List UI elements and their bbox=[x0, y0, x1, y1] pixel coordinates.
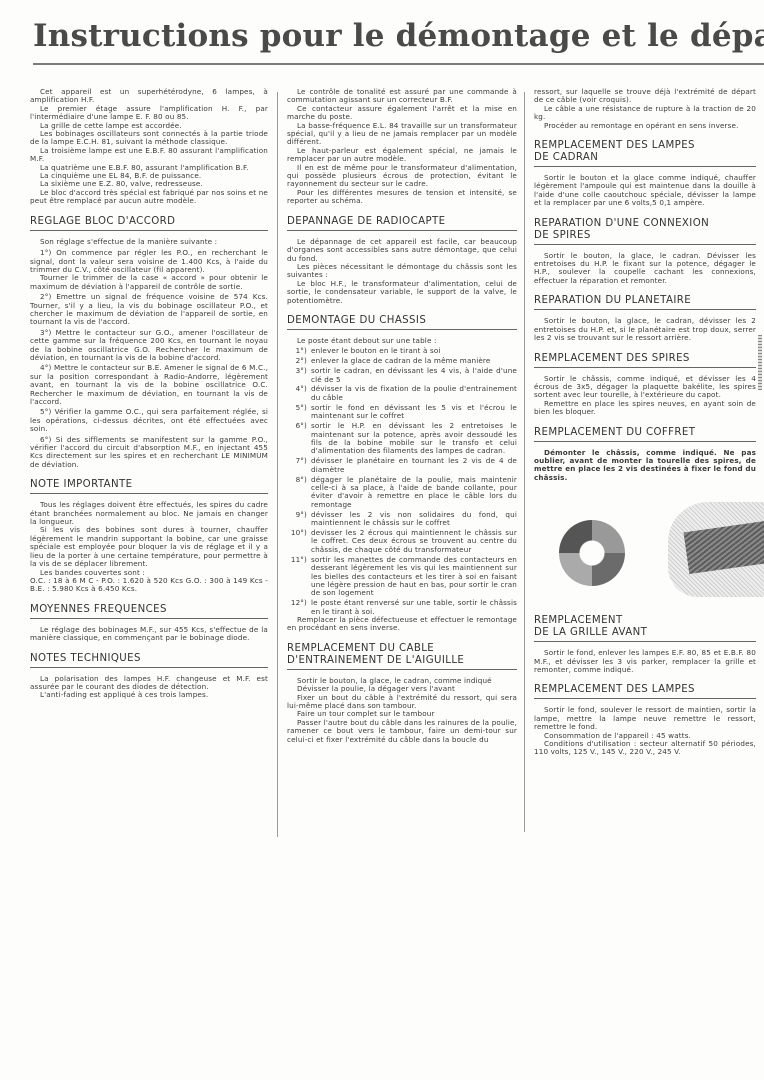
column-2: Le contrôle de tonalité est assuré par u… bbox=[287, 88, 517, 744]
lampes-section: REMPLACEMENT DES LAMPES Sortir le fond, … bbox=[534, 684, 756, 756]
paragraph: Le premier étage assure l'amplification … bbox=[30, 105, 268, 122]
heading-line: REMPLACEMENT DES LAMPES bbox=[534, 140, 695, 151]
heading-line: REMPLACEMENT DU CABLE bbox=[287, 643, 434, 654]
section-heading: REGLAGE BLOC D'ACCORD bbox=[30, 216, 268, 231]
step-item: 3°)sortir le cadran, en dévissant les 4 … bbox=[287, 367, 517, 384]
section-heading: DEPANNAGE DE RADIOCAPTE bbox=[287, 216, 517, 231]
paragraph: Ce contacteur assure également l'arrêt e… bbox=[287, 105, 517, 122]
paragraph: 5°) Vérifier la gamme O.C., qui sera par… bbox=[30, 408, 268, 433]
bands-list: O.C. : 18 à 6 M C - P.O. : 1.620 à 520 K… bbox=[30, 577, 268, 594]
paragraph: Le câble a une résistance de rupture à l… bbox=[534, 105, 756, 122]
step-item: 12°)le poste étant renversé sur une tabl… bbox=[287, 599, 517, 616]
section-heading: NOTES TECHNIQUES bbox=[30, 653, 268, 668]
paragraph: La troisième lampe est une E.B.F. 80 ass… bbox=[30, 147, 268, 164]
paragraph: Les bobinages oscillateurs sont connecté… bbox=[30, 130, 268, 147]
paragraph: Sortir le fond, enlever les lampes E.F. … bbox=[534, 649, 756, 674]
paragraph: Le bloc d'accord très spécial est fabriq… bbox=[30, 189, 268, 206]
step-item: 2°)enlever la glace de cadran de la même… bbox=[287, 357, 517, 365]
section-heading: MOYENNES FREQUENCES bbox=[30, 604, 268, 619]
paragraph: Fixer un bout du câble à l'extrémité du … bbox=[287, 694, 517, 711]
page-title: Instructions pour le démontage et le dép… bbox=[33, 18, 764, 54]
column-3: ressort, sur laquelle se trouve déjà l'e… bbox=[534, 88, 756, 757]
lampes-cadran-section: REMPLACEMENT DES LAMPES DE CADRAN Sortir… bbox=[534, 140, 756, 208]
heading-line: DE CADRAN bbox=[534, 152, 598, 163]
heading-line: REPARATION D'UNE CONNEXION bbox=[534, 218, 709, 229]
notes-tech-section: NOTES TECHNIQUES La polarisation des lam… bbox=[30, 653, 268, 700]
step-text: dévisser le planétaire en tournant les 2… bbox=[311, 457, 517, 474]
column-divider bbox=[524, 92, 525, 832]
paragraph: Sortir le châssis, comme indiqué, et dév… bbox=[534, 375, 756, 400]
demontage-section: DEMONTAGE DU CHASSIS Le poste étant debo… bbox=[287, 315, 517, 633]
step-number: 8°) bbox=[287, 476, 311, 510]
step-item: 7°)dévisser le planétaire en tournant le… bbox=[287, 457, 517, 474]
paragraph: L'anti-fading est appliqué à ces trois l… bbox=[30, 691, 268, 699]
paragraph: Sortir le bouton, la glace, le cadran, d… bbox=[534, 317, 756, 342]
section-heading: REMPLACEMENT DU COFFRET bbox=[534, 427, 756, 442]
connexion-section: REPARATION D'UNE CONNEXION DE SPIRES Sor… bbox=[534, 218, 756, 286]
step-text: le poste étant renversé sur une table, s… bbox=[311, 599, 517, 616]
paragraph: Cet appareil est un superhétérodyne, 6 l… bbox=[30, 88, 268, 105]
paragraph: Le dépannage de cet appareil est facile,… bbox=[287, 238, 517, 263]
mf-section: MOYENNES FREQUENCES Le réglage des bobin… bbox=[30, 604, 268, 643]
step-item: 6°)sortir le H.P. en dévissant les 2 ent… bbox=[287, 422, 517, 456]
step-number: 10°) bbox=[287, 529, 311, 554]
section-heading: REMPLACEMENT DES LAMPES DE CADRAN bbox=[534, 140, 756, 167]
step-number: 3°) bbox=[287, 367, 311, 384]
cable-continued: ressort, sur laquelle se trouve déjà l'e… bbox=[534, 88, 756, 130]
step-number: 11°) bbox=[287, 556, 311, 598]
section-heading: NOTE IMPORTANTE bbox=[30, 479, 268, 494]
paragraph: 1°) On commence par régler les P.O., en … bbox=[30, 249, 268, 274]
section-heading: REMPLACEMENT DU CABLE D'ENTRAINEMENT DE … bbox=[287, 643, 517, 670]
step-number: 1°) bbox=[287, 347, 311, 355]
heading-line: DE LA GRILLE AVANT bbox=[534, 627, 647, 638]
heading-line: D'ENTRAINEMENT DE L'AIGUILLE bbox=[287, 655, 464, 666]
step-text: sortir les manettes de commande des cont… bbox=[311, 556, 517, 598]
step-number: 9°) bbox=[287, 511, 311, 528]
steps-intro: Le poste étant debout sur une table : bbox=[287, 337, 517, 345]
scan-edge-mark bbox=[758, 335, 762, 390]
spires-section: REMPLACEMENT DES SPIRES Sortir le châssi… bbox=[534, 353, 756, 417]
paragraph: Le bloc H.F., le transformateur d'alimen… bbox=[287, 280, 517, 305]
step-number: 2°) bbox=[287, 357, 311, 365]
section-heading: DEMONTAGE DU CHASSIS bbox=[287, 315, 517, 330]
note-section: NOTE IMPORTANTE Tous les réglages doiven… bbox=[30, 479, 268, 593]
paragraph: Conditions d'utilisation : secteur alter… bbox=[534, 740, 756, 757]
paragraph: Remettre en place les spires neuves, en … bbox=[534, 400, 756, 417]
radio-set-image bbox=[668, 502, 764, 597]
section-heading: REMPLACEMENT DES LAMPES bbox=[534, 684, 756, 699]
step-text: dégager le planétaire de la poulie, mais… bbox=[311, 476, 517, 510]
paragraph: Le haut-parleur est également spécial, n… bbox=[287, 147, 517, 164]
paragraph: Passer l'autre bout du câble dans les ra… bbox=[287, 719, 517, 744]
paragraph: La polarisation des lampes H.F. changeus… bbox=[30, 675, 268, 692]
paragraph: Son réglage s'effectue de la manière sui… bbox=[30, 238, 268, 246]
step-item: 4°)dévisser la vis de fixation de la pou… bbox=[287, 385, 517, 402]
reglage-section: REGLAGE BLOC D'ACCORD Son réglage s'effe… bbox=[30, 216, 268, 470]
paragraph: Tous les réglages doivent être effectués… bbox=[30, 501, 268, 526]
grille-section: REMPLACEMENT DE LA GRILLE AVANT Sortir l… bbox=[534, 615, 756, 674]
intro-section: Cet appareil est un superhétérodyne, 6 l… bbox=[30, 88, 268, 206]
section-heading: REPARATION D'UNE CONNEXION DE SPIRES bbox=[534, 218, 756, 245]
column-divider bbox=[277, 92, 278, 837]
radio-front-panel bbox=[684, 520, 764, 574]
paragraph: 6°) Si des sifflements se manifestent su… bbox=[30, 436, 268, 470]
paragraph: Pour les différentes mesures de tension … bbox=[287, 189, 517, 206]
step-text: enlever le bouton en le tirant à soi bbox=[311, 347, 517, 355]
paragraph: Remplacer la pièce défectueuse et effect… bbox=[287, 616, 517, 633]
dial-logo-image bbox=[559, 520, 625, 586]
step-number: 12°) bbox=[287, 599, 311, 616]
step-item: 8°)dégager le planétaire de la poulie, m… bbox=[287, 476, 517, 510]
paragraph: Sortir le bouton et la glace comme indiq… bbox=[534, 174, 756, 208]
step-text: devisser les 2 écrous qui maintiennent l… bbox=[311, 529, 517, 554]
step-number: 6°) bbox=[287, 422, 311, 456]
step-text: dévisser les 2 vis non solidaires du fon… bbox=[311, 511, 517, 528]
paragraph: Sortir le bouton, la glace, le cadran. D… bbox=[534, 252, 756, 286]
paragraph: Sortir le fond, soulever le ressort de m… bbox=[534, 706, 756, 731]
title-rule bbox=[33, 63, 764, 65]
step-text: enlever la glace de cadran de la même ma… bbox=[311, 357, 517, 365]
step-item: 1°)enlever le bouton en le tirant à soi bbox=[287, 347, 517, 355]
heading-line: REMPLACEMENT bbox=[534, 615, 623, 626]
paragraph: ressort, sur laquelle se trouve déjà l'e… bbox=[534, 88, 756, 105]
paragraph: Si les vis des bobines sont dures à tour… bbox=[30, 526, 268, 568]
paragraph: Les pièces nécessitant le démontage du c… bbox=[287, 263, 517, 280]
paragraph: Le réglage des bobinages M.F., sur 455 K… bbox=[30, 626, 268, 643]
coffret-section: REMPLACEMENT DU COFFRET Démonter le châs… bbox=[534, 427, 756, 483]
paragraph: 2°) Emettre un signal de fréquence voisi… bbox=[30, 293, 268, 327]
step-number: 7°) bbox=[287, 457, 311, 474]
paragraph: 3°) Mettre le contacteur sur G.O., amene… bbox=[30, 329, 268, 363]
column-1: Cet appareil est un superhétérodyne, 6 l… bbox=[30, 88, 268, 700]
step-item: 9°)dévisser les 2 vis non solidaires du … bbox=[287, 511, 517, 528]
step-item: 11°)sortir les manettes de commande des … bbox=[287, 556, 517, 598]
intro-section-2: Le contrôle de tonalité est assuré par u… bbox=[287, 88, 517, 206]
paragraph: 4°) Mettre le contacteur sur B.E. Amener… bbox=[30, 364, 268, 406]
step-text: sortir le H.P. en dévissant les 2 entret… bbox=[311, 422, 517, 456]
paragraph: Procéder au remontage en opérant en sens… bbox=[534, 122, 756, 130]
paragraph: Démonter le châssis, comme indiqué. Ne p… bbox=[534, 449, 756, 483]
step-number: 5°) bbox=[287, 404, 311, 421]
step-item: 10°)devisser les 2 écrous qui maintienne… bbox=[287, 529, 517, 554]
step-text: sortir le fond en dévissant les 5 vis et… bbox=[311, 404, 517, 421]
cable-section: REMPLACEMENT DU CABLE D'ENTRAINEMENT DE … bbox=[287, 643, 517, 744]
depannage-section: DEPANNAGE DE RADIOCAPTE Le dépannage de … bbox=[287, 216, 517, 305]
heading-line: DE SPIRES bbox=[534, 230, 591, 241]
paragraph: Le contrôle de tonalité est assuré par u… bbox=[287, 88, 517, 105]
step-text: sortir le cadran, en dévissant les 4 vis… bbox=[311, 367, 517, 384]
step-item: 5°)sortir le fond en dévissant les 5 vis… bbox=[287, 404, 517, 421]
planetaire-section: REPARATION DU PLANETAIRE Sortir le bouto… bbox=[534, 295, 756, 342]
step-text: dévisser la vis de fixation de la poulie… bbox=[311, 385, 517, 402]
section-heading: REMPLACEMENT DE LA GRILLE AVANT bbox=[534, 615, 756, 642]
paragraph: Il en est de même pour le transformateur… bbox=[287, 164, 517, 189]
paragraph: Tourner le trimmer de la case « accord »… bbox=[30, 274, 268, 291]
section-heading: REMPLACEMENT DES SPIRES bbox=[534, 353, 756, 368]
section-heading: REPARATION DU PLANETAIRE bbox=[534, 295, 756, 310]
step-number: 4°) bbox=[287, 385, 311, 402]
paragraph: La basse-fréquence E.L. 84 travaille sur… bbox=[287, 122, 517, 147]
radio-illustration bbox=[534, 490, 756, 605]
